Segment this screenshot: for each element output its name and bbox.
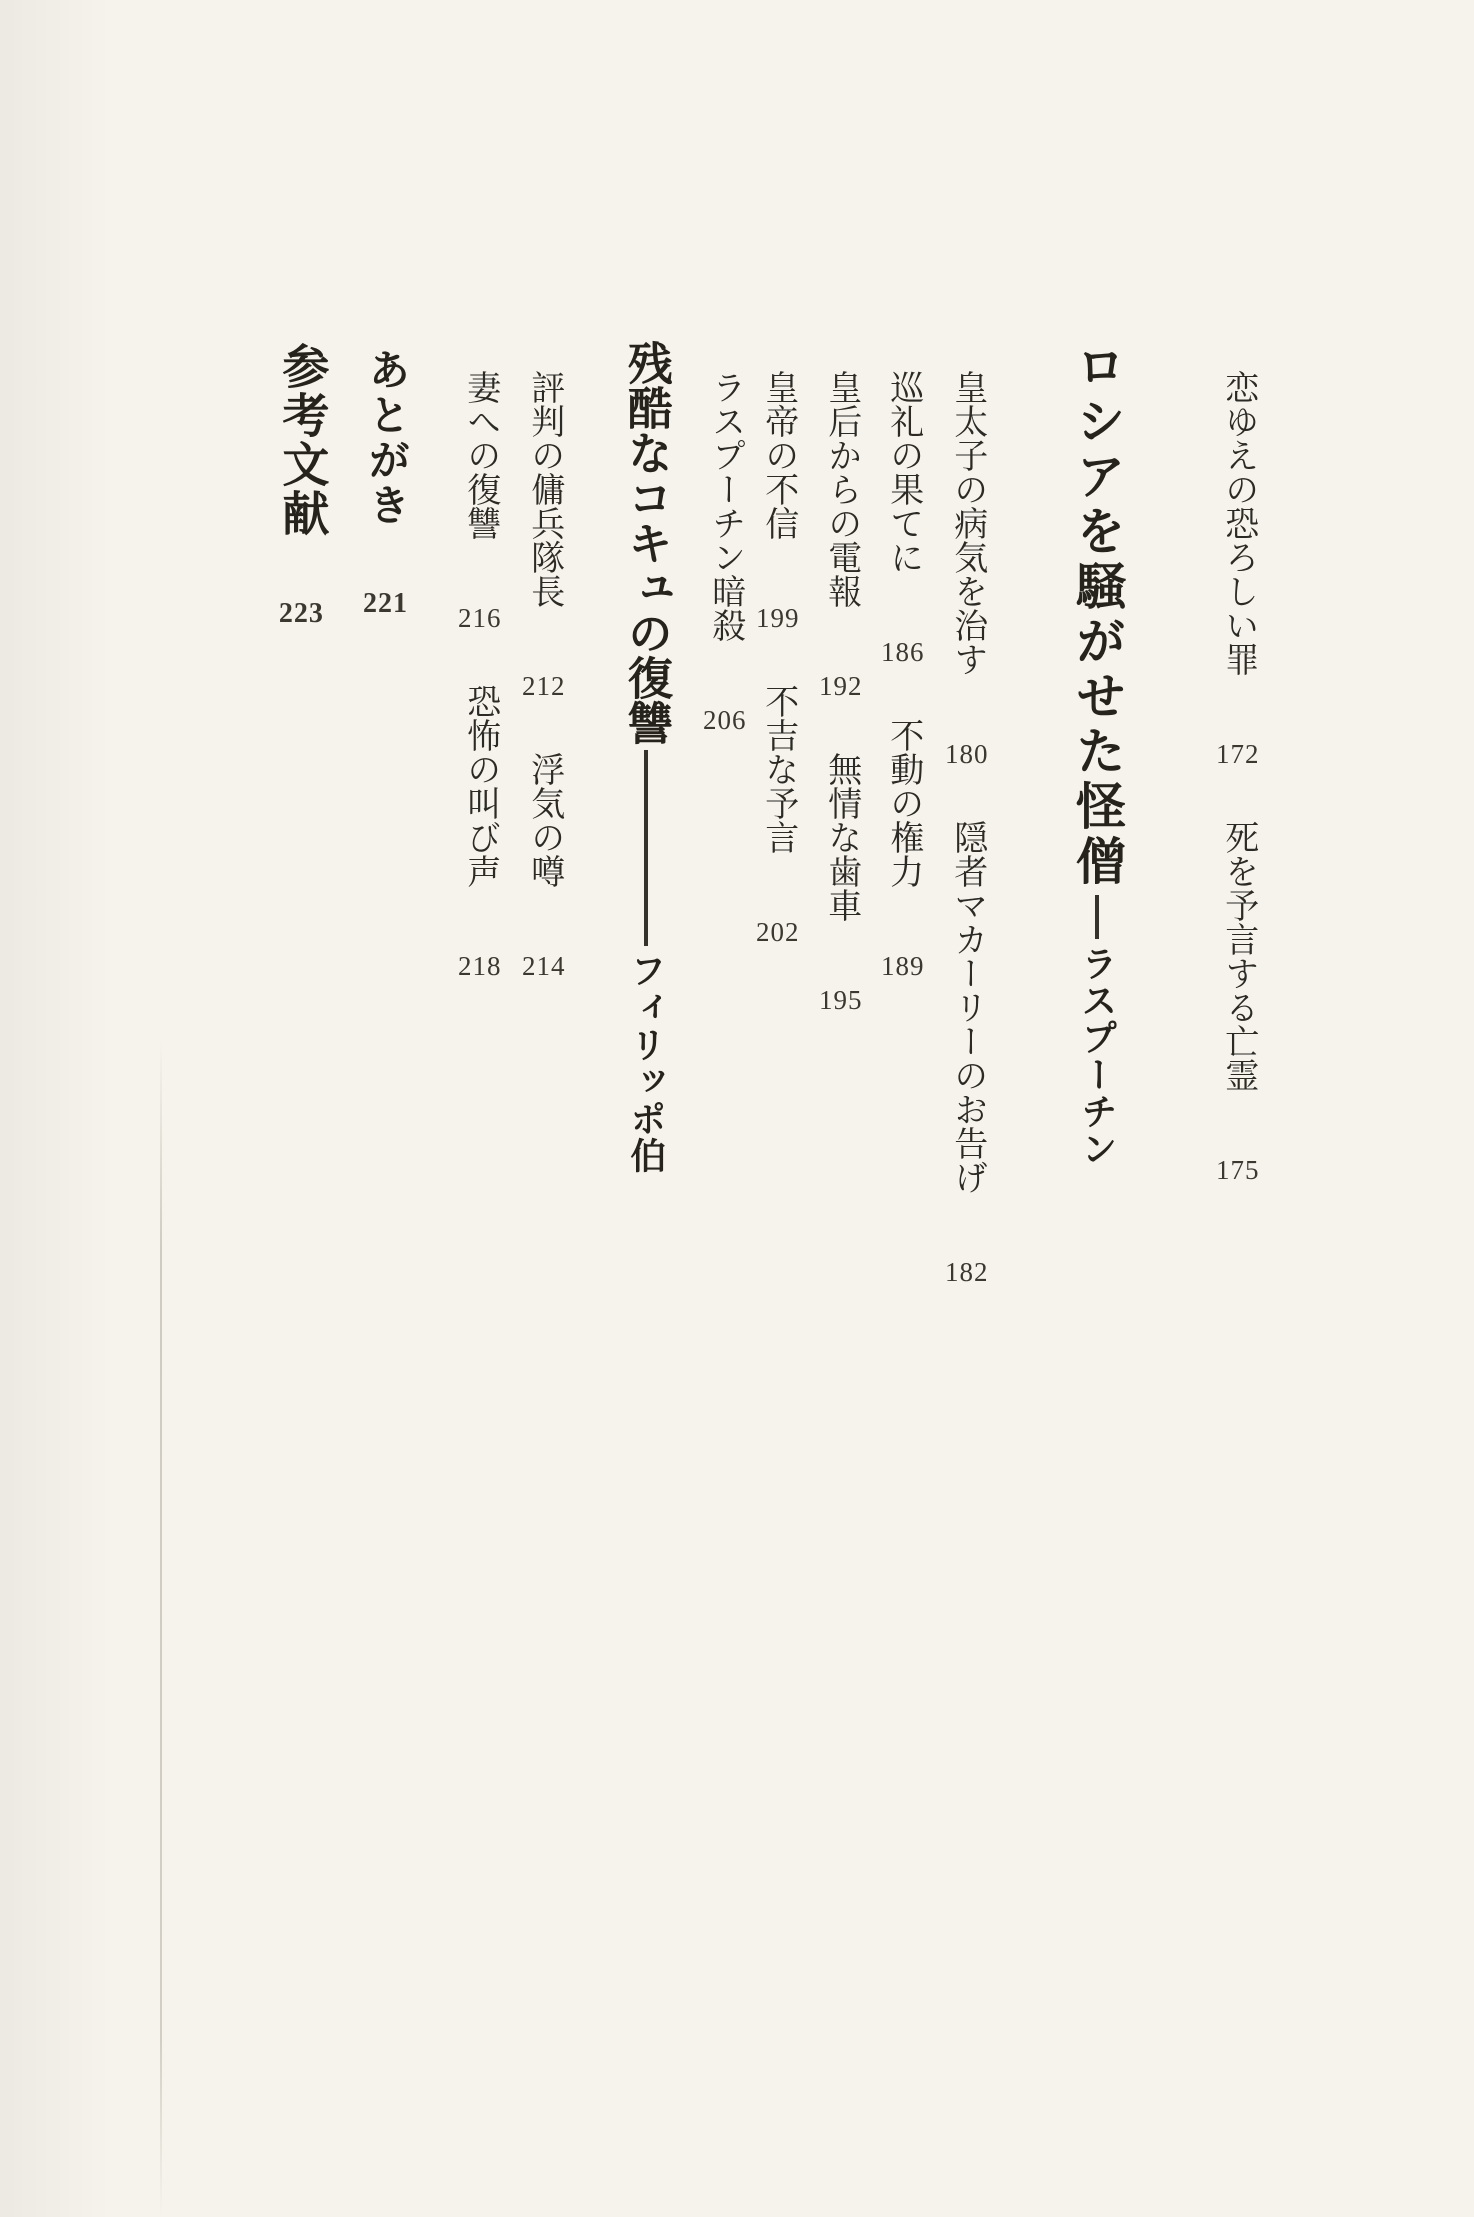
toc-chapter-heading-filippo: 残酷なコキュの復讐フィリッポ伯 (618, 340, 673, 1174)
toc-entry-title: 妻への復讐 (462, 370, 499, 540)
toc-entry-page-number: 202 (756, 919, 800, 946)
toc-entry: 死を予言する亡霊 175 (1220, 820, 1257, 1184)
toc-entry: 無情な歯車 195 (823, 752, 860, 1014)
page-gutter-shade (0, 0, 110, 2217)
toc-entry-page-number: 186 (881, 639, 925, 666)
toc-entry-title: 死を予言する亡霊 (1220, 820, 1257, 1092)
toc-entry-title: 評判の傭兵隊長 (526, 370, 563, 608)
chapter-title-subtitle: ラスプーチン (1077, 945, 1117, 1167)
toc-entry: 浮気の噂 214 (526, 752, 563, 980)
toc-column-afterword: あとがき 221 (363, 348, 408, 618)
toc-entry-page-number: 182 (945, 1259, 989, 1286)
toc-entry-page-number: 189 (881, 953, 925, 980)
toc-entry-title: 恐怖の叫び声 (462, 684, 499, 888)
toc-entry-page-number: 172 (1216, 741, 1260, 768)
toc-entry-page-number: 212 (522, 673, 566, 700)
toc-entry: 巡礼の果てに 186 (885, 370, 922, 674)
toc-entry: 皇太子の病気を治す 180 (949, 370, 986, 776)
page-crease-line (160, 1040, 162, 2217)
toc-entry: 不動の権力 189 (885, 718, 922, 980)
toc-entry: 隠者マカーリーのお告げ 182 (949, 820, 986, 1286)
toc-entry-title: 巡礼の果てに (885, 370, 922, 574)
toc-entry-page-number: 221 (363, 590, 408, 618)
toc-entry-page-number: 180 (945, 741, 989, 768)
toc-entry-title: 皇帝の不信 (760, 370, 797, 540)
toc-entry-title: 隠者マカーリーのお告げ (949, 820, 986, 1194)
chapter-title-main: 残酷なコキュの復讐 (621, 340, 671, 745)
toc-entry-title: 参考文献 (275, 342, 327, 538)
toc-entry-title: 皇太子の病気を治す (949, 370, 986, 676)
toc-entry-title: あとがき (363, 348, 409, 528)
toc-column-ch1-sections-3: 皇后からの電報 192 無情な歯車 195 (819, 370, 863, 1014)
chapter-title-subtitle: フィリッポ伯 (626, 952, 666, 1174)
toc-entry-title: 皇后からの電報 (823, 370, 860, 608)
toc-entry: 皇后からの電報 192 (823, 370, 860, 708)
toc-entry-page-number: 195 (819, 987, 863, 1014)
toc-entry: 妻への復讐 216 (462, 370, 499, 640)
toc-entry-page-number: 199 (756, 605, 800, 632)
toc-entry: 不吉な予言 202 (760, 684, 797, 946)
toc-column-ch1-sections-4: 皇帝の不信 199 不吉な予言 202 (756, 370, 800, 946)
toc-column-ch2-sections-1: 評判の傭兵隊長 212 浮気の噂 214 (522, 370, 566, 980)
toc-entry: ラスプーチン暗殺 206 (707, 370, 744, 734)
toc-column-prev-chapter-sections: 恋ゆえの恐ろしい罪 172 死を予言する亡霊 175 (1216, 370, 1260, 1184)
chapter-title-dash (644, 750, 648, 946)
toc-entry-page-number: 192 (819, 673, 863, 700)
toc-column-ch1-sections-1: 皇太子の病気を治す 180 隠者マカーリーのお告げ 182 (945, 370, 989, 1286)
toc-entry-title: 無情な歯車 (823, 752, 860, 922)
toc-entry-page-number: 218 (458, 953, 502, 980)
book-toc-page: 恋ゆえの恐ろしい罪 172 死を予言する亡霊 175 ロシアを騒がせた怪僧ラスプ… (0, 0, 1474, 2217)
toc-entry-page-number: 223 (279, 600, 324, 628)
toc-entry-page-number: 216 (458, 605, 502, 632)
toc-column-ch2-sections-2: 妻への復讐 216 恐怖の叫び声 218 (458, 370, 502, 980)
toc-column-ch1-sections-2: 巡礼の果てに 186 不動の権力 189 (881, 370, 925, 980)
toc-entry-title: 不吉な予言 (760, 684, 797, 854)
toc-entry: 評判の傭兵隊長 212 (526, 370, 563, 708)
toc-entry: あとがき 221 (363, 348, 409, 618)
toc-column-ch1-sections-5: ラスプーチン暗殺 206 (703, 370, 747, 734)
toc-entry-page-number: 175 (1216, 1157, 1260, 1184)
toc-entry: 恐怖の叫び声 218 (462, 684, 499, 980)
chapter-title-main: ロシアを騒がせた怪僧 (1069, 340, 1125, 890)
toc-entry-title: 恋ゆえの恐ろしい罪 (1220, 370, 1257, 676)
toc-entry-title: 浮気の噂 (526, 752, 563, 888)
toc-entry-title: ラスプーチン暗殺 (707, 370, 744, 642)
chapter-title-dash (1095, 895, 1099, 939)
toc-entry-title: 不動の権力 (885, 718, 922, 888)
toc-column-bibliography: 参考文献 223 (276, 342, 325, 628)
toc-entry: 皇帝の不信 199 (760, 370, 797, 640)
toc-entry: 参考文献 223 (275, 342, 327, 628)
toc-entry-page-number: 214 (522, 953, 566, 980)
toc-entry: 恋ゆえの恐ろしい罪 172 (1220, 370, 1257, 776)
toc-chapter-heading-rasputin: ロシアを騒がせた怪僧ラスプーチン (1069, 340, 1124, 1167)
toc-entry-page-number: 206 (703, 707, 747, 734)
